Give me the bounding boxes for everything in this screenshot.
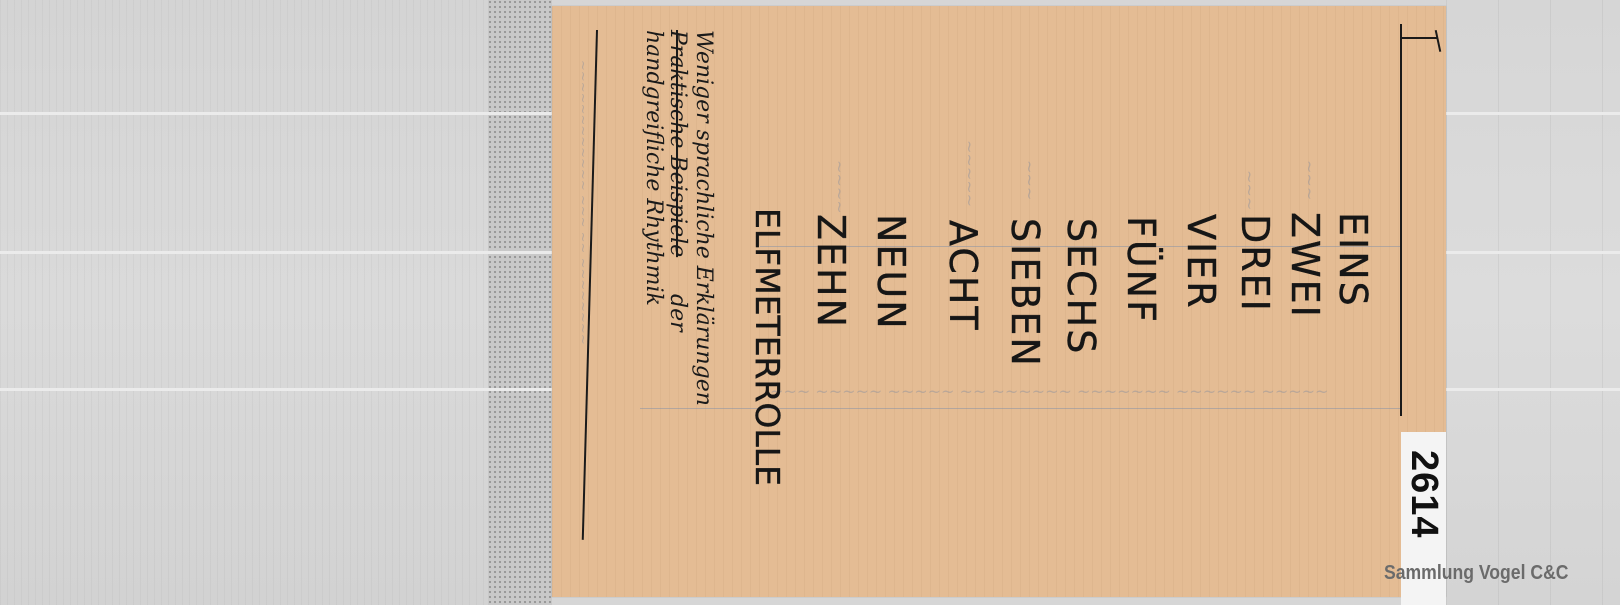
word-elfmeterrolle: ELFMETERROLLE [744,208,790,486]
note-line-2-struck: Praktische Beispiele [665,30,690,257]
word-zwei: ZWEI [1282,212,1328,319]
bleed-through-text: ~~~~~ [960,140,979,207]
note-line-2: Praktische Beispiele der [664,30,690,332]
background-stripe [0,112,552,115]
scanner-background-right [1446,0,1620,605]
word-fuenf: FÜNF [1118,216,1164,324]
right-margin-line [1400,24,1402,416]
watermark: Sammlung Vogel C&C [1384,562,1568,585]
word-acht: ACHT [940,220,986,332]
word-sieben: SIEBEN [1002,218,1048,368]
corner-tick-line [1402,37,1438,39]
background-stripe [0,251,552,254]
note-line-3: handgreifliche Rhythmik [640,30,666,306]
word-eins: EINS [1330,212,1376,308]
word-sechs: SECHS [1058,218,1104,355]
background-stripe [0,388,552,391]
bleed-through-text: ~~~~ [830,160,849,214]
bleed-through-text: ~~~ [1020,160,1039,200]
word-zehn: ZEHN [808,214,854,329]
background-stripe [1446,388,1620,391]
note-line-2-tail: der [664,294,690,332]
note-line-1: Weniger sprachliche Erklärungen [690,30,716,406]
word-vier: VIER [1178,214,1224,310]
dotted-backing-strip [488,0,552,605]
bleed-through-text: ~~~ [1240,170,1259,210]
background-stripe [1446,112,1620,115]
bleed-through-text: ~~~ [1300,160,1319,200]
background-stripe [1446,251,1620,254]
scanner-background-left [0,0,488,605]
bleed-through-text: ~~~ ~~~~~ ~~~~~ ~~ ~~~~~~ ~~~~~~~ ~~~~~~… [770,382,1328,401]
word-neun: NEUN [868,214,914,331]
word-drei: DREI [1232,214,1278,313]
